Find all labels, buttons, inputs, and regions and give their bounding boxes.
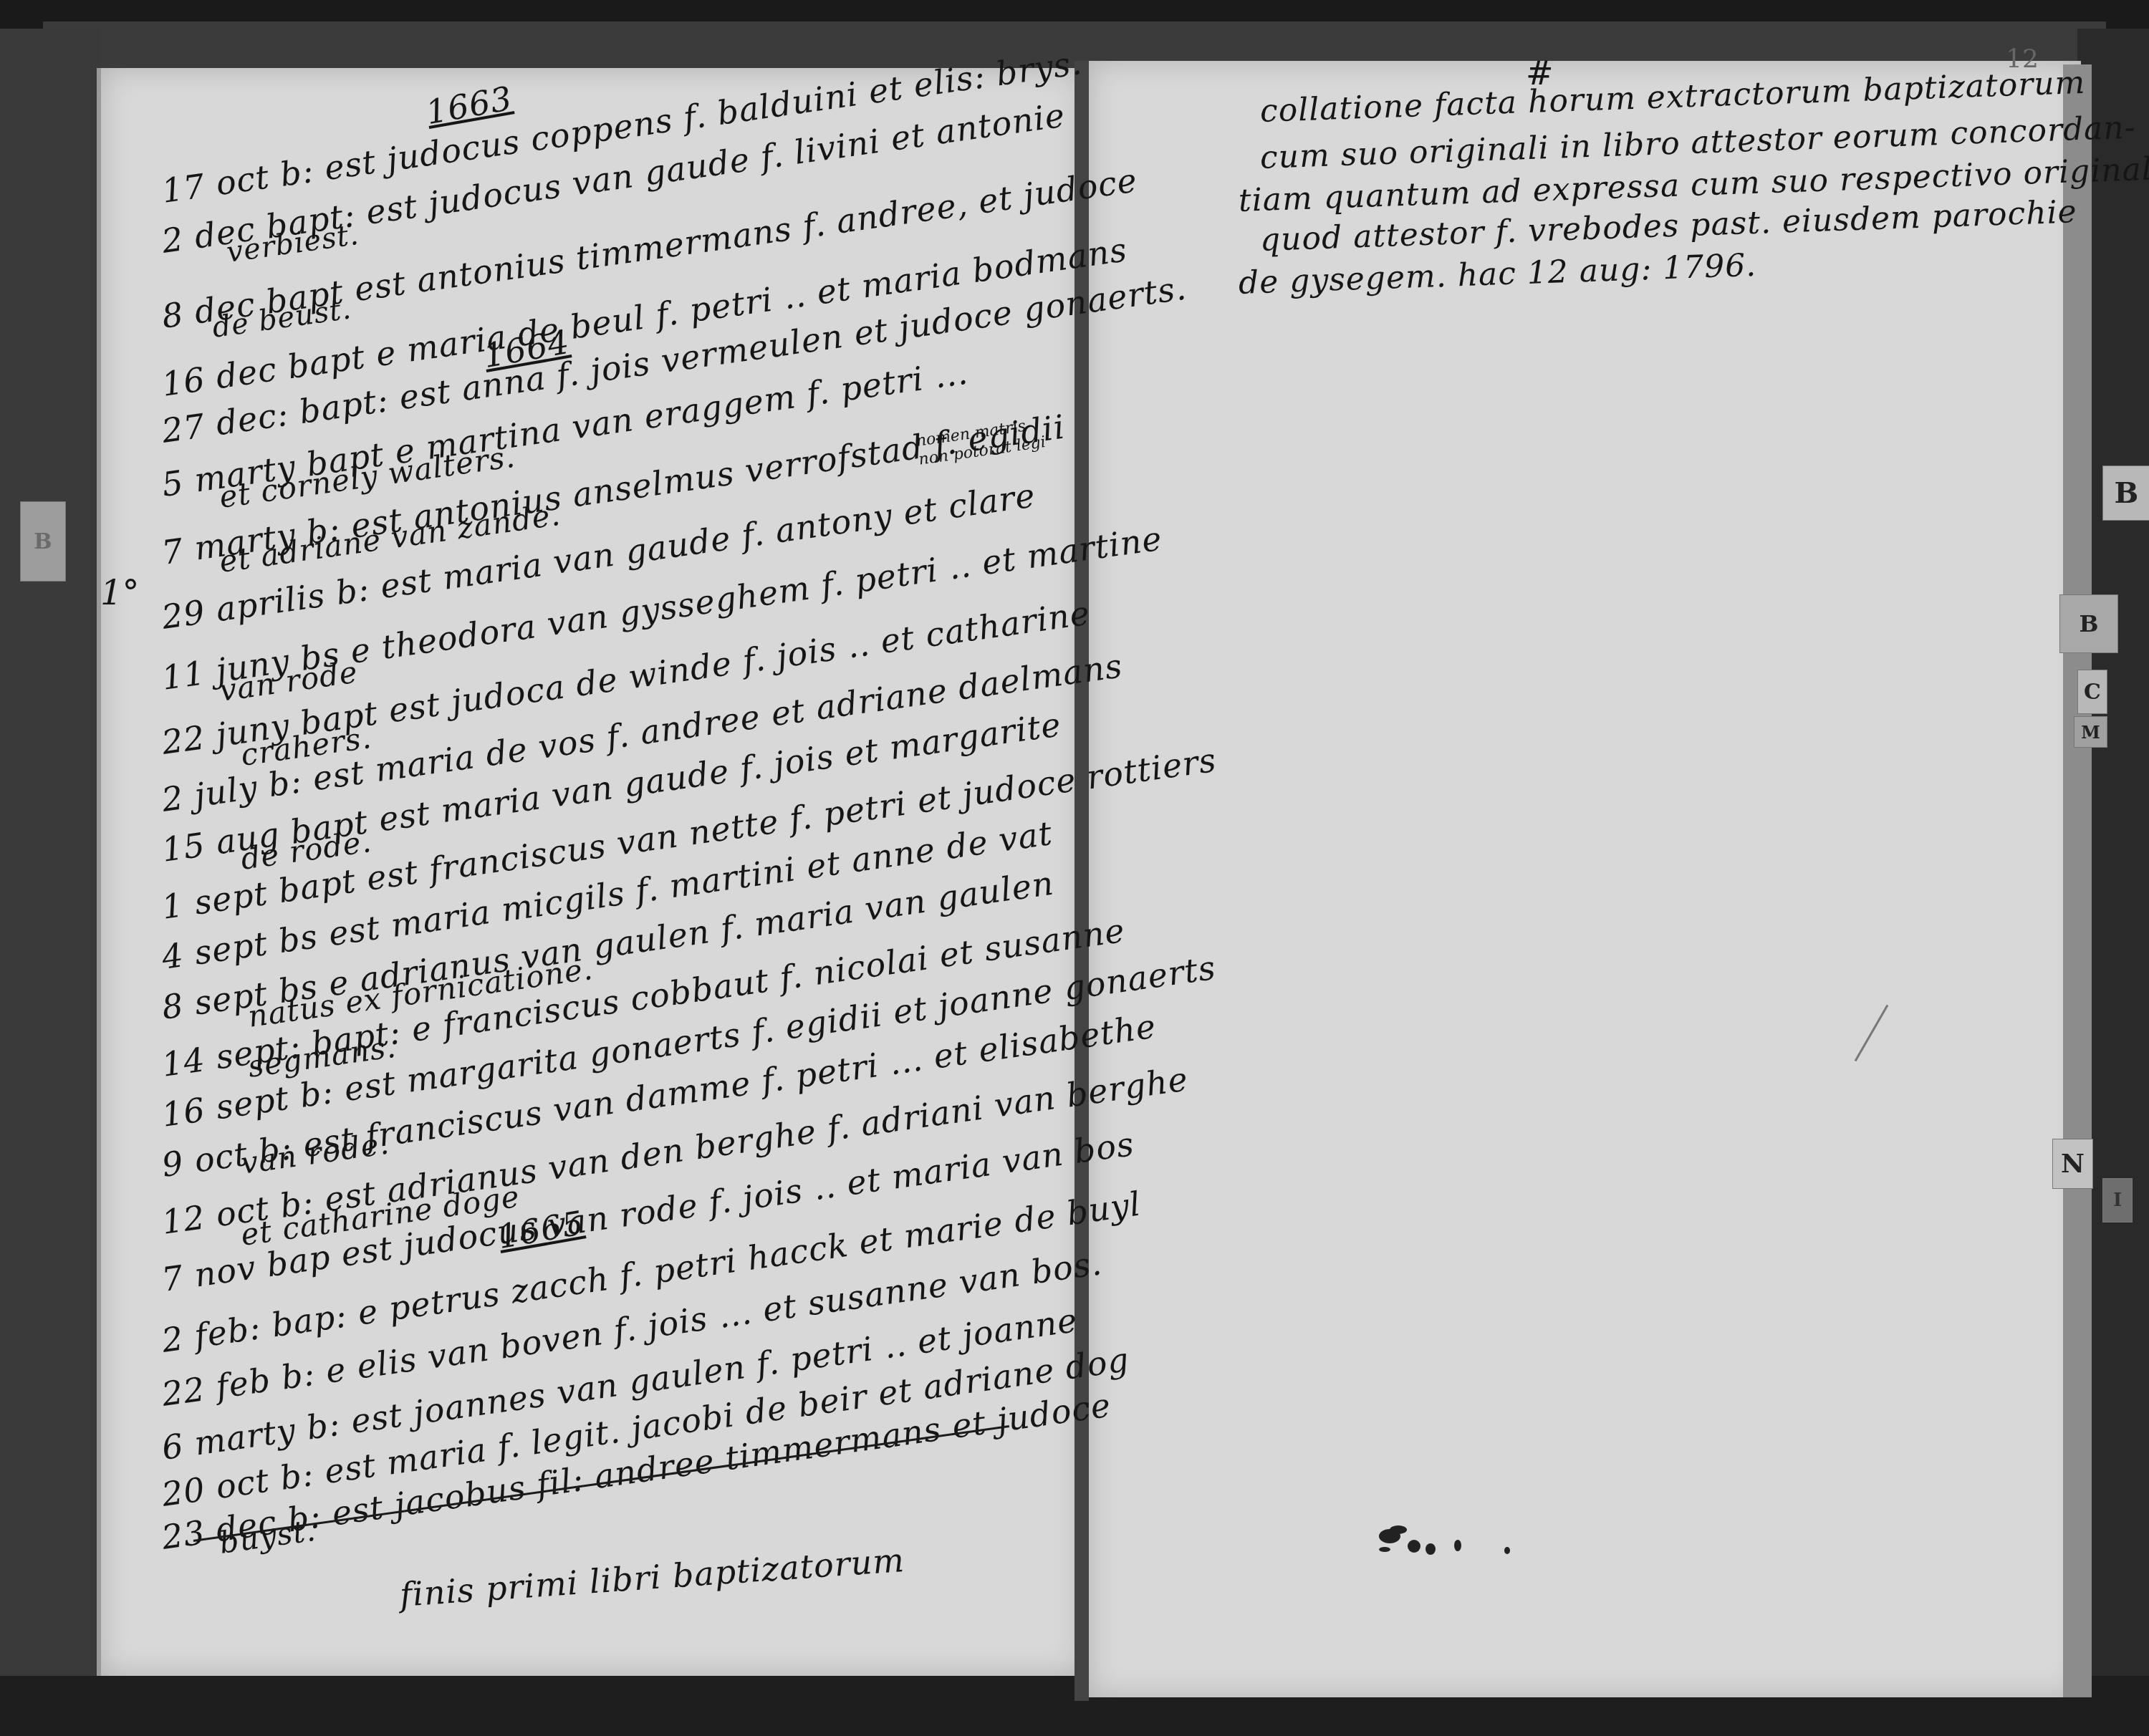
tab-label: M <box>2081 722 2100 743</box>
right-page-edge <box>2063 64 2092 1697</box>
index-tab-left-b[interactable]: B <box>20 501 66 582</box>
index-tab-b2[interactable]: B <box>2059 594 2118 653</box>
margin-mark: 1° <box>100 573 140 613</box>
tab-label: B <box>34 529 52 554</box>
tab-label: N <box>2061 1149 2085 1179</box>
book-cover-left <box>0 29 100 1736</box>
index-tab-m[interactable]: M <box>2074 716 2107 748</box>
tab-label: I <box>2113 1190 2122 1211</box>
index-tab-n[interactable]: N <box>2052 1139 2093 1189</box>
index-tab-c[interactable]: C <box>2077 670 2107 714</box>
right-page <box>1089 61 2081 1697</box>
tab-label: B <box>2115 476 2139 510</box>
tab-label: C <box>2084 680 2101 705</box>
index-tab-i[interactable]: I <box>2102 1178 2133 1223</box>
tab-label: B <box>2079 610 2098 637</box>
index-tab-b1[interactable]: B <box>2102 466 2149 521</box>
